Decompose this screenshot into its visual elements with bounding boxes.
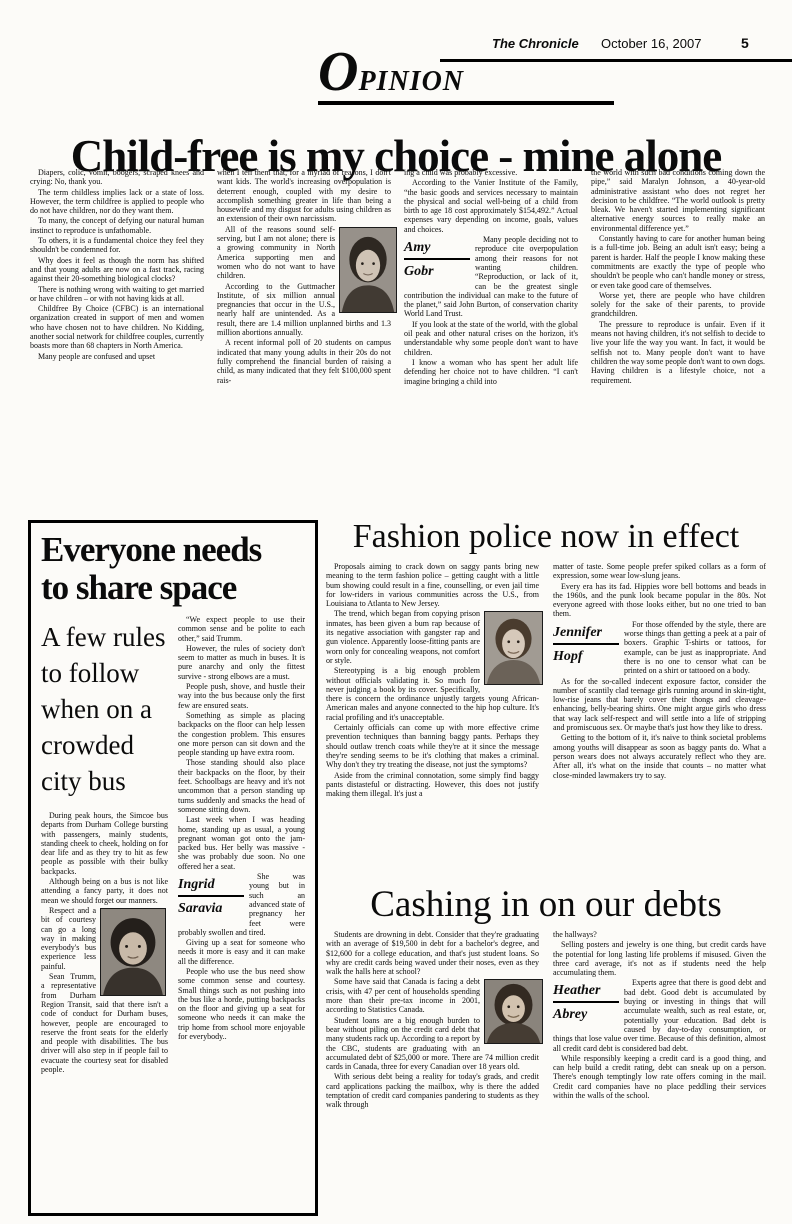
paragraph: Aside from the criminal connotation, som… [326,771,539,799]
paragraph: The pressure to reproduce is unfair. Eve… [591,320,765,385]
paragraph: ing a child was probably excessive. [404,168,578,177]
fashion-article-headline: Fashion police now in effect [326,518,766,556]
fashion-article-column-1: Proposals aiming to crack down on saggy … [326,562,539,799]
masthead-page-number: 5 [741,35,749,51]
debt-article-column-1: Students are drowning in debt. Consider … [326,930,539,1111]
paragraph: However, the rules of society don't seem… [178,644,305,681]
column-text: when I tell them that, for a myriad of r… [217,168,391,224]
photo-caption-amy-gobr: Amy Gobr [404,235,475,283]
paragraph: the world with such bad conditions comin… [591,168,765,233]
paragraph: Last week when I was heading home, stand… [178,815,305,871]
caption-rule [404,258,470,260]
column-text: Students are drowning in debt. Consider … [326,930,539,976]
paragraph: I know a woman who has spent her adult l… [404,358,578,386]
column-text: ing a child was probably excessive.Accor… [404,168,578,234]
paragraph: Giving up a seat for someone who needs i… [178,938,305,966]
section-title: OPINION [318,44,614,105]
caption-first-name: Amy [404,240,470,255]
paragraph: There is nothing wrong with waiting to g… [30,285,204,304]
photo-caption-jennifer-hopf: Jennifer Hopf [553,620,624,668]
paragraph: As for the so-called indecent exposure f… [553,677,766,733]
portrait-illustration [485,980,542,1043]
portrait-photo-ingrid-saravia [100,908,166,996]
main-article-column-3: ing a child was probably excessive.Accor… [404,168,578,518]
bus-article-box: Everyone needs to share space A few rule… [28,520,318,1216]
paragraph: Many people are confused and upset [30,352,204,361]
caption-first-name: Ingrid [178,877,244,892]
main-article-column-4: the world with such bad conditions comin… [591,168,765,518]
caption-rule [178,895,244,897]
paragraph: Certainly officials can come up with mor… [326,723,539,769]
caption-rule [553,643,619,645]
section-title-initial: O [318,41,358,103]
caption-first-name: Heather [553,983,619,998]
masthead-date: October 16, 2007 [601,36,701,51]
debt-article-headline: Cashing in on our debts [326,886,766,924]
caption-rule [553,1001,619,1003]
bus-article-deck: A few rules to follow when on a crowded … [41,619,168,799]
main-article-body: Diapers, colic, vomit, boogers, scraped … [30,168,765,518]
paragraph: With serious debt being a reality for to… [326,1072,539,1109]
paragraph: Selling posters and jewelry is one thing… [553,940,766,977]
column-text: the hallways?Selling posters and jewelry… [553,930,766,977]
bus-article-column-2: “We expect people to use their common se… [178,615,305,1075]
paragraph: Worse yet, there are people who have chi… [591,291,765,319]
bus-article-headline: Everyone needs to share space [41,531,305,607]
column-text: Proposals aiming to crack down on saggy … [326,562,539,608]
main-article-column-2: when I tell them that, for a myriad of r… [217,168,391,518]
caption-last-name: Gobr [404,264,470,279]
portrait-illustration [485,612,542,684]
paragraph: People push, shove, and hustle their way… [178,682,305,710]
photo-caption-heather-abrey: Heather Abrey [553,978,624,1026]
paragraph: when I tell them that, for a myriad of r… [217,168,391,224]
paragraph: Diapers, colic, vomit, boogers, scraped … [30,168,204,187]
bus-headline-line-2: to share space [41,569,305,607]
paragraph: Getting to the bottom of it, it's naive … [553,733,766,779]
fashion-article: Fashion police now in effect Proposals a… [326,518,766,884]
paragraph: To many, the concept of defying our natu… [30,216,204,235]
column-text: matter of taste. Some people prefer spik… [553,562,766,619]
column-text: “We expect people to use their common se… [178,615,305,871]
caption-last-name: Hopf [553,649,619,664]
paragraph: Why does it feel as though the norm has … [30,256,204,284]
paragraph: According to the Vanier Institute of the… [404,178,578,234]
paragraph: A recent informal poll of 20 students on… [217,338,391,384]
portrait-illustration [101,909,165,995]
debt-article-column-2: the hallways?Selling posters and jewelry… [553,930,766,1111]
paragraph: To others, it is a fundamental choice th… [30,236,204,255]
portrait-photo-jennifer-hopf [484,611,543,685]
newspaper-page: The Chronicle October 16, 2007 5 OPINION… [0,0,792,1224]
column-text: Diapers, colic, vomit, boogers, scraped … [30,168,204,361]
paragraph: While responsibly keeping a credit card … [553,1054,766,1100]
paragraph: the hallways? [553,930,766,939]
fashion-article-body: Proposals aiming to crack down on saggy … [326,562,766,799]
debt-article: Cashing in on our debts Students are dro… [326,886,766,1220]
fashion-article-column-2: matter of taste. Some people prefer spik… [553,562,766,799]
paragraph: Proposals aiming to crack down on saggy … [326,562,539,608]
paragraph: If you look at the state of the world, w… [404,320,578,357]
portrait-illustration [340,228,396,312]
column-text: the world with such bad conditions comin… [591,168,765,385]
caption-last-name: Saravia [178,901,244,916]
paragraph: matter of taste. Some people prefer spik… [553,562,766,581]
paragraph: “We expect people to use their common se… [178,615,305,643]
caption-last-name: Abrey [553,1007,619,1022]
bus-article-column-1: A few rules to follow when on a crowded … [41,615,168,1075]
paragraph: People who use the bus need show some co… [178,967,305,1041]
paragraph: Every era has its fad. Hippies wore bell… [553,582,766,619]
paragraph: Students are drowning in debt. Consider … [326,930,539,976]
caption-first-name: Jennifer [553,625,619,640]
paragraph: Constantly having to care for another hu… [591,234,765,290]
paragraph: Although being on a bus is not like atte… [41,877,168,905]
main-article-column-1: Diapers, colic, vomit, boogers, scraped … [30,168,204,518]
section-title-rest: PINION [358,66,464,97]
paragraph: During peak hours, the Simcoe bus depart… [41,811,168,876]
debt-article-body: Students are drowning in debt. Consider … [326,930,766,1111]
photo-caption-ingrid-saravia: Ingrid Saravia [178,872,249,920]
bus-headline-line-1: Everyone needs [41,531,305,569]
section-title-rule [318,101,614,105]
column-text: During peak hours, the Simcoe bus depart… [41,811,168,905]
portrait-photo-amy-gobr [339,227,397,313]
paragraph: The term childless implies lack or a sta… [30,188,204,216]
paragraph: Something as simple as placing backpacks… [178,711,305,757]
bus-article-body: A few rules to follow when on a crowded … [41,615,305,1075]
portrait-photo-heather-abrey [484,979,543,1044]
paragraph: Those standing should also place their b… [178,758,305,814]
paragraph: Childfree By Choice (CFBC) is an interna… [30,304,204,350]
